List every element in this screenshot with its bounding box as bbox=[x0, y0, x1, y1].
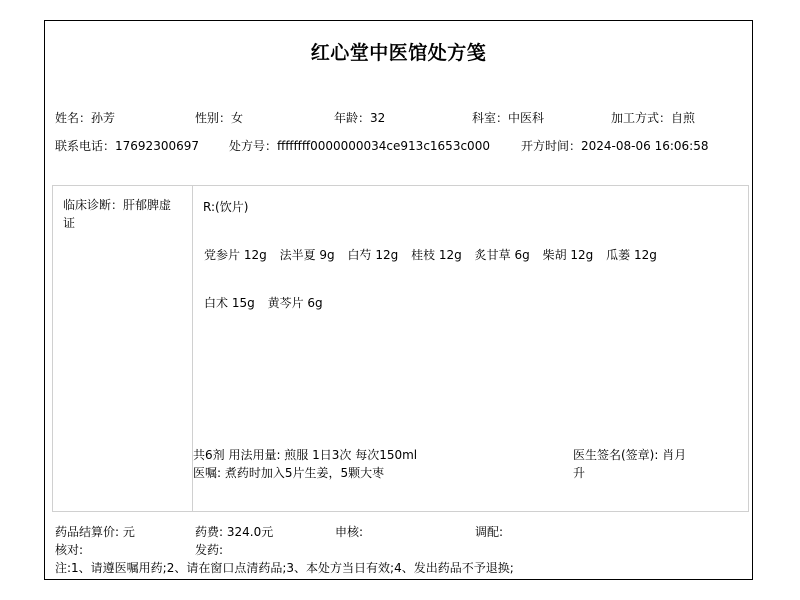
patient-name: 姓名：孙芳 bbox=[55, 109, 115, 126]
herb-item: 桂枝 12g bbox=[411, 248, 462, 262]
herb-item: 党参片 12g bbox=[204, 248, 267, 262]
prescription-body: 临床诊断：肝郁脾虚证 R:(饮片) 党参片 12g 法半夏 9g 白芍 12g … bbox=[52, 185, 749, 512]
doctor-label: 医生签名(签章): bbox=[573, 448, 662, 462]
page-title: 红心堂中医馆处方笺 bbox=[45, 38, 752, 65]
review: 申核: bbox=[335, 523, 363, 540]
issue: 发药: bbox=[195, 541, 223, 558]
herb-item: 黄芩片 6g bbox=[268, 296, 323, 310]
note: 注:1、请遵医嘱用药;2、请在窗口点清药品;3、本处方当日有效;4、发出药品不予… bbox=[55, 559, 514, 576]
herb-item: 白芍 12g bbox=[348, 248, 399, 262]
prescription-sheet: 红心堂中医馆处方笺 姓名：孙芳 性别：女 年龄：32 科室：中医科 加工方式：自… bbox=[44, 20, 753, 580]
diagnosis-column: 临床诊断：肝郁脾虚证 bbox=[53, 186, 193, 511]
doctor-signature: 医生签名(签章): 肖月升 bbox=[573, 446, 698, 482]
diagnosis-label: 临床诊断： bbox=[63, 198, 123, 212]
prescribe-time: 开方时间：2024-08-06 16:06:58 bbox=[521, 137, 708, 154]
department: 科室：中医科 bbox=[472, 109, 544, 126]
dispense-mix: 调配: bbox=[475, 523, 503, 540]
patient-age: 年龄：32 bbox=[334, 109, 385, 126]
herb-item: 柴胡 12g bbox=[543, 248, 594, 262]
process-method: 加工方式：自煎 bbox=[611, 109, 695, 126]
phone: 联系电话：17692300697 bbox=[55, 137, 199, 154]
patient-gender: 性别：女 bbox=[195, 109, 243, 126]
advice-text: 医嘱: 煮药时加入5片生姜，5颗大枣 bbox=[193, 464, 417, 482]
drug-fee: 药费: 324.0元 bbox=[195, 523, 273, 540]
herb-item: 法半夏 9g bbox=[280, 248, 335, 262]
prescription-number: 处方号：ffffffff0000000034ce913c1653c000 bbox=[229, 137, 490, 154]
herb-item: 炙甘草 6g bbox=[475, 248, 530, 262]
check: 核对: bbox=[55, 541, 83, 558]
rx-column: R:(饮片) 党参片 12g 法半夏 9g 白芍 12g 桂枝 12g 炙甘草 … bbox=[193, 186, 748, 511]
herb-line-2: 白术 15g 黄芩片 6g bbox=[204, 294, 332, 311]
herb-line-1: 党参片 12g 法半夏 9g 白芍 12g 桂枝 12g 炙甘草 6g 柴胡 1… bbox=[204, 246, 666, 263]
usage-text: 共6剂 用法用量: 煎服 1日3次 每次150ml bbox=[193, 446, 417, 464]
rx-header: R:(饮片) bbox=[203, 198, 248, 215]
settle-price: 药品结算价: 元 bbox=[55, 523, 135, 540]
herb-item: 瓜蒌 12g bbox=[606, 248, 657, 262]
usage-block: 共6剂 用法用量: 煎服 1日3次 每次150ml 医嘱: 煮药时加入5片生姜，… bbox=[193, 446, 417, 482]
herb-item: 白术 15g bbox=[204, 296, 255, 310]
